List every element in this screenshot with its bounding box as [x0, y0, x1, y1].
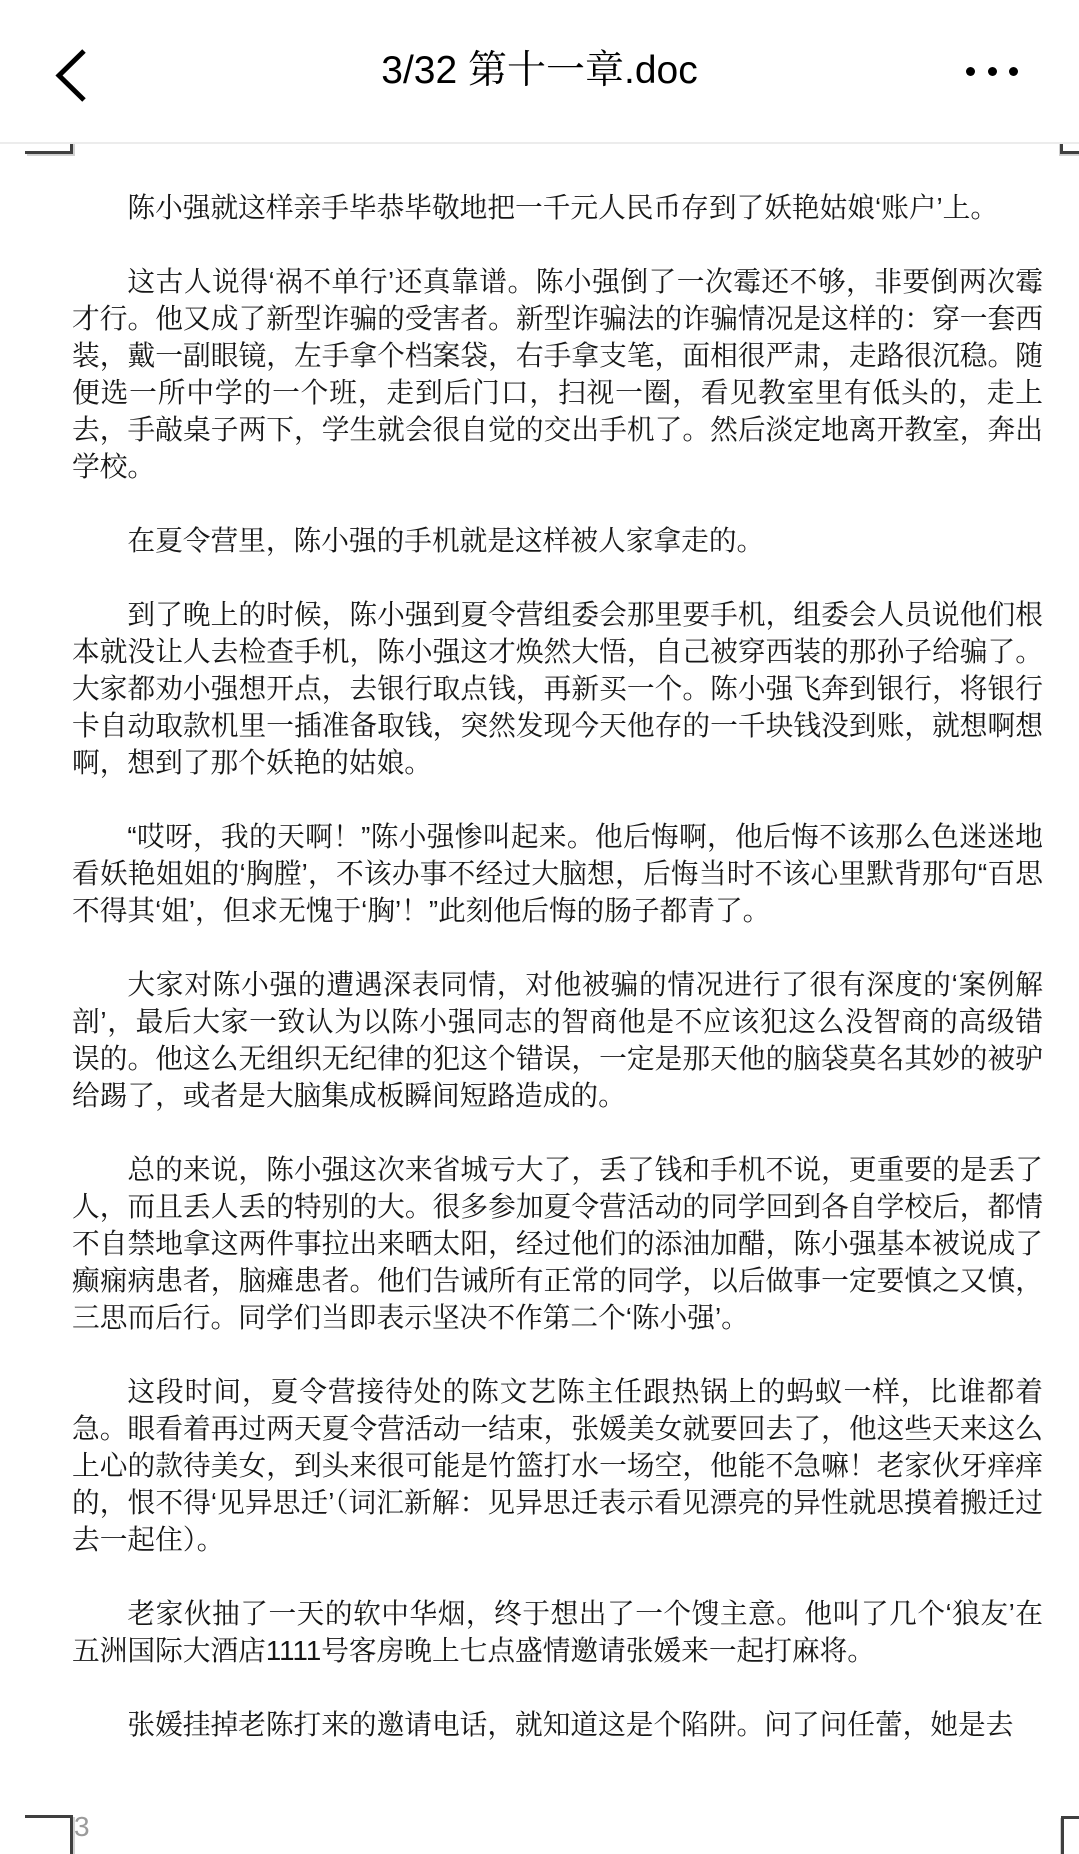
page-number-label: 3 [74, 1813, 90, 1841]
ellipsis-icon [966, 67, 1018, 76]
ellipsis-dot [1009, 67, 1018, 76]
paragraph: 老家伙抽了一天的软中华烟，终于想出了一个馊主意。他叫了几个‘狼友’在五洲国际大酒… [72, 1595, 1043, 1669]
back-button[interactable] [30, 22, 120, 122]
paragraph: 陈小强就这样亲手毕恭毕敬地把一千元人民币存到了妖艳姑娘‘账户’上。 [72, 189, 1043, 226]
ellipsis-dot [966, 67, 975, 76]
page-corner-mark-bottom-left [25, 1815, 73, 1854]
page-title: 3/32 第十一章.doc [140, 0, 939, 142]
paragraph: 这段时间，夏令营接待处的陈文艺陈主任跟热锅上的蚂蚁一样，比谁都着急。眼看着再过两… [72, 1373, 1043, 1558]
page-corner-mark-bottom-right [1061, 1816, 1079, 1854]
paragraph: 这古人说得‘祸不单行’还真靠谱。陈小强倒了一次霉还不够，非要倒两次霉才行。他又成… [72, 263, 1043, 485]
paragraph: 在夏令营里，陈小强的手机就是这样被人家拿走的。 [72, 522, 1043, 559]
paragraph: “哎呀，我的天啊！”陈小强惨叫起来。他后悔啊，他后悔不该那么色迷迷地看妖艳姐姐的… [72, 818, 1043, 929]
paragraph: 总的来说，陈小强这次来省城亏大了，丢了钱和手机不说，更重要的是丢了人，而且丢人丢… [72, 1151, 1043, 1336]
paragraph: 到了晚上的时候，陈小强到夏令营组委会那里要手机，组委会人员说他们根本就没让人去检… [72, 596, 1043, 781]
document-content[interactable]: 陈小强就这样亲手毕恭毕敬地把一千元人民币存到了妖艳姑娘‘账户’上。 这古人说得‘… [72, 189, 1043, 1780]
paragraph: 张媛挂掉老陈打来的邀请电话，就知道这是个陷阱。问了问任蕾，她是去 [72, 1706, 1043, 1743]
paragraph: 大家对陈小强的遭遇深表同情，对他被骗的情况进行了很有深度的‘案例解剖’，最后大家… [72, 966, 1043, 1114]
ellipsis-dot [988, 67, 997, 76]
header-bar: 3/32 第十一章.doc [0, 0, 1079, 144]
